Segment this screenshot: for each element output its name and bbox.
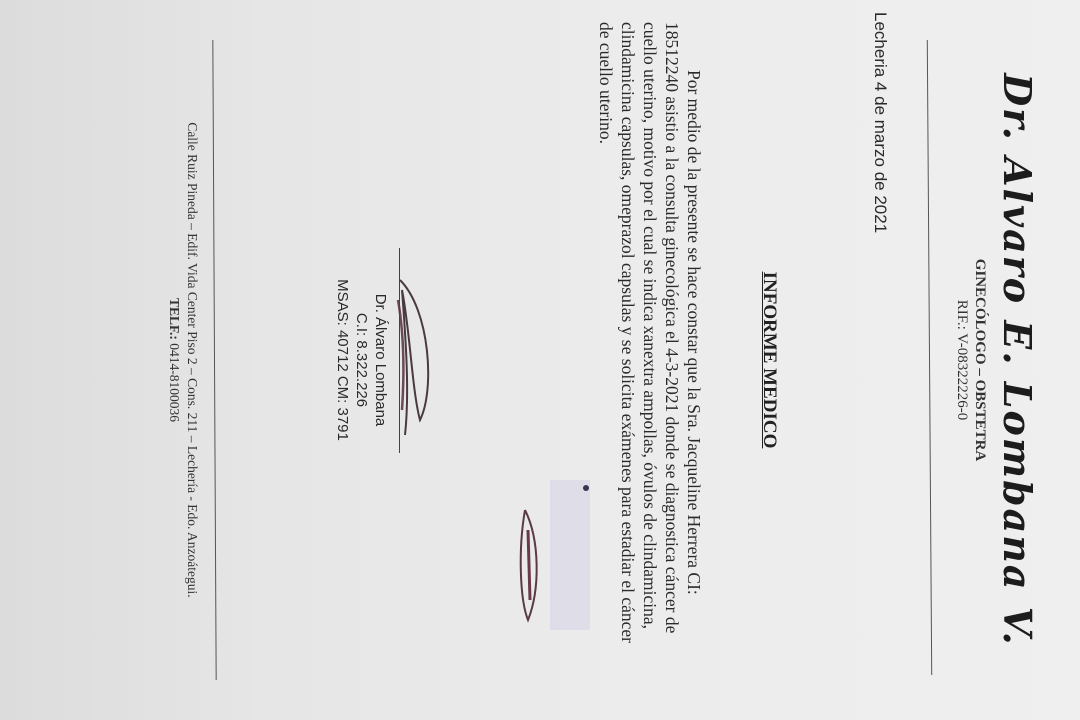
document-title: INFORME MEDICO (758, 0, 780, 720)
signature-line (399, 248, 400, 453)
report-body: Por medio de la presente se hace constar… (595, 22, 705, 662)
medical-report-document: Dr. Alvaro E. Lombana V. GINECÓLOGO – OB… (0, 0, 1080, 720)
date-line: Lecheria 4 de marzo de 2021 (870, 12, 890, 233)
footer-phone: TELF.: 0414-8100036 (166, 0, 182, 720)
signer-ci: C.I: 8.322.226 (352, 240, 371, 480)
signer-name: Dr. Álvaro Lombana (371, 240, 390, 480)
footer-divider (212, 40, 216, 680)
signature-block: Dr. Álvaro Lombana C.I: 8.322.226 MSAS: … (333, 240, 390, 480)
header-divider (927, 40, 932, 675)
doctor-letterhead-name: Dr. Alvaro E. Lombana V. (995, 0, 1040, 720)
stamp-mark-icon (460, 450, 600, 650)
phone-label: TELF.: (167, 298, 182, 340)
signer-registry: MSAS: 40712 CM: 3791 (333, 240, 352, 480)
doctor-specialty: GINECÓLOGO – OBSTETRA (971, 0, 988, 720)
phone-number: 0414-8100036 (167, 340, 182, 422)
footer-address: Calle Ruiz Pineda – Edif. Vida Center Pi… (184, 0, 200, 720)
doctor-rif: RIF.: V-08322226-0 (953, 0, 970, 720)
